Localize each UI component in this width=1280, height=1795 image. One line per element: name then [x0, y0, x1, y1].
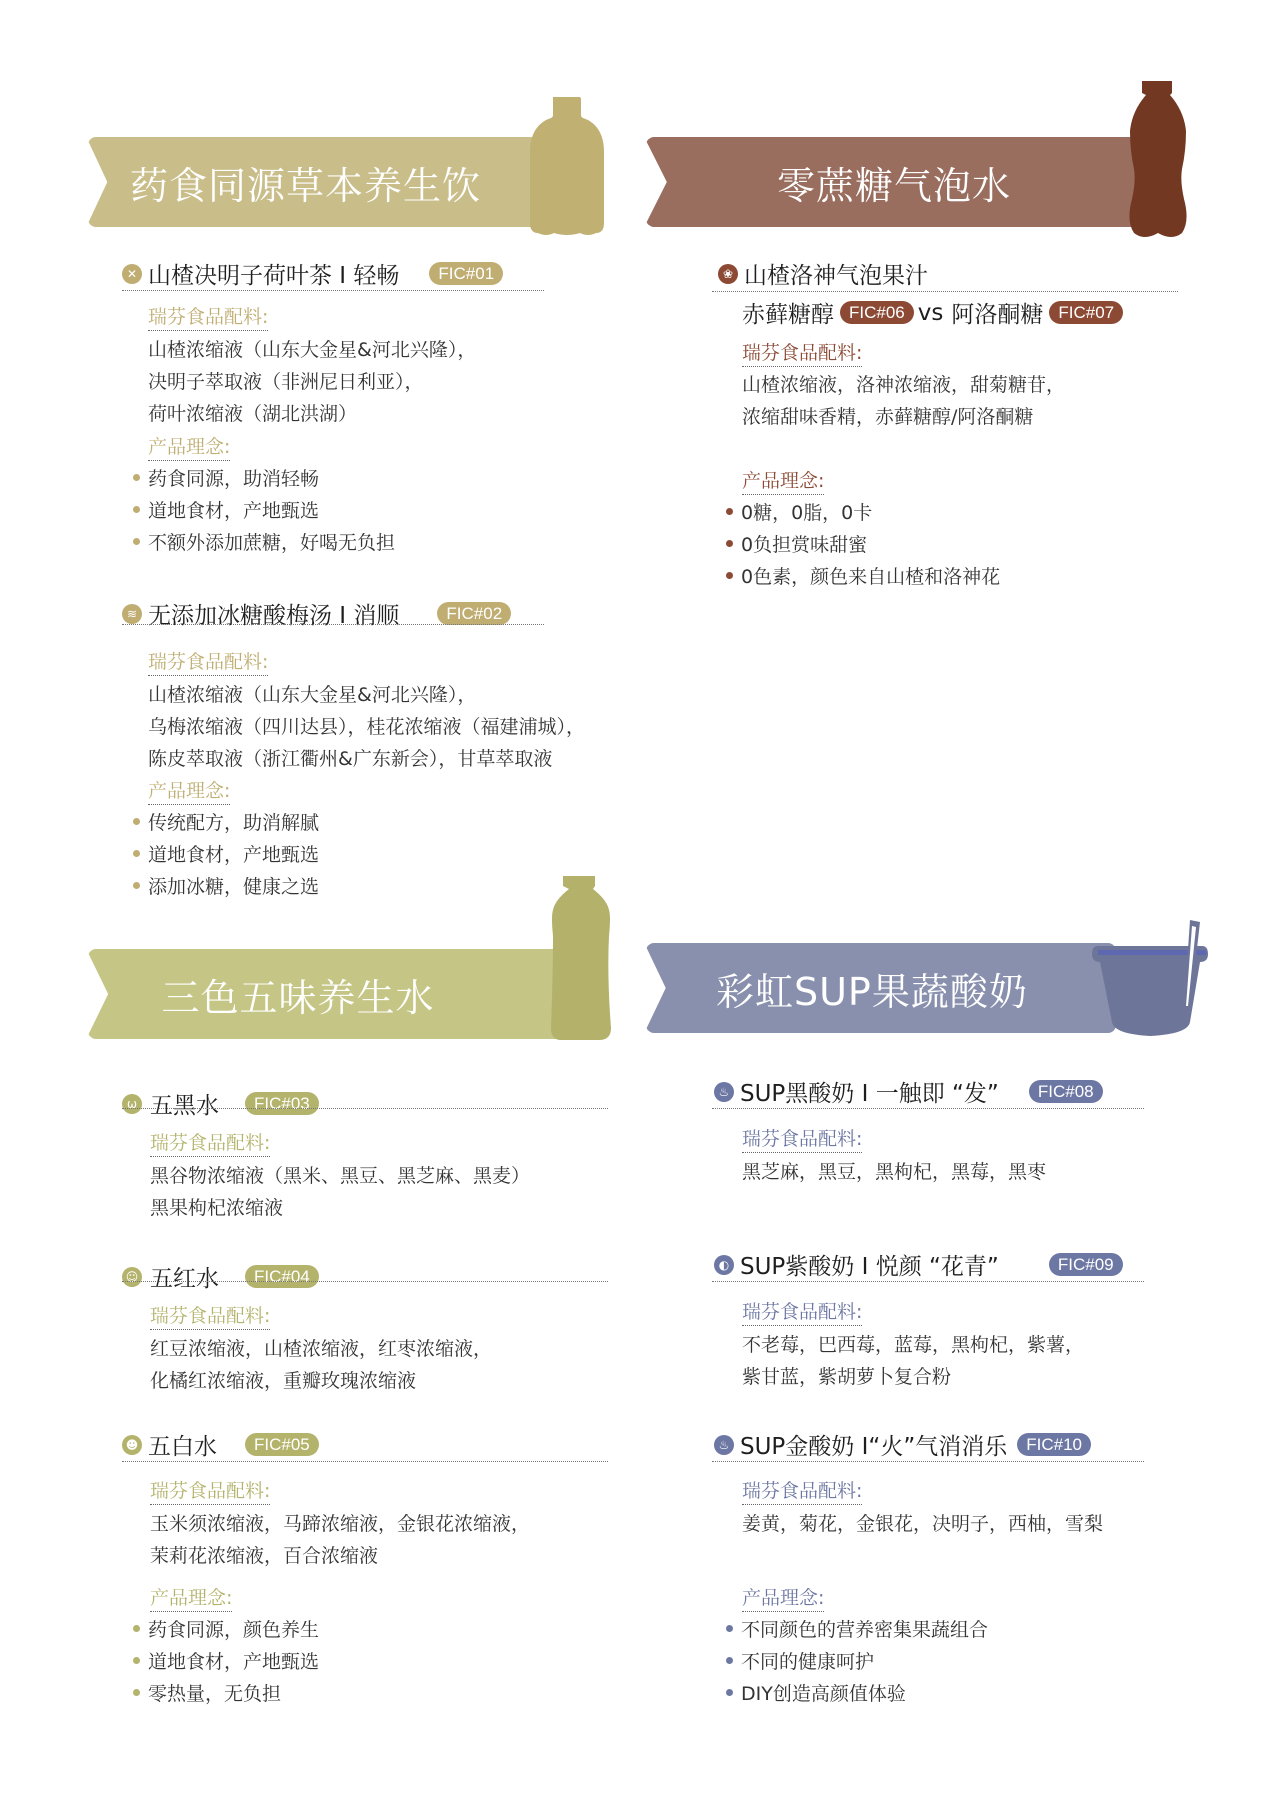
product-heading: ω 五黑水 FIC#03	[122, 1087, 319, 1120]
flame-icon: ♨	[714, 1435, 734, 1455]
concept-item: 道地食材，产地甄选	[133, 496, 319, 523]
cup-icon	[1090, 918, 1220, 1040]
product-name: 山楂决明子荷叶茶 I 轻畅	[148, 257, 399, 290]
concept-item: 添加冰糖，健康之选	[133, 872, 319, 899]
divider	[712, 1281, 1144, 1282]
product-heading: ❀ 山楂洛神气泡果汁	[718, 257, 928, 290]
concept-item: 药食同源，助消轻畅	[133, 464, 319, 491]
fic-badge: FIC#08	[1029, 1080, 1103, 1103]
sweetener-a: 赤藓糖醇	[742, 296, 834, 329]
ingredients-label: 瑞芬食品配料:	[742, 1124, 862, 1153]
product-name: 无添加冰糖酸梅汤 I 消顺	[148, 597, 399, 630]
concept-item: 0糖，0脂，0卡	[726, 498, 872, 525]
ingredients-label: 瑞芬食品配料:	[742, 338, 862, 367]
lotus-icon: ❀	[718, 264, 738, 284]
sparkling-section-banner: 零蔗糖气泡水	[646, 137, 1142, 227]
bottle-icon	[549, 876, 613, 1042]
fic-badge: FIC#07	[1049, 301, 1123, 324]
herbal-section-banner: 药食同源草本养生饮	[88, 137, 548, 227]
kidney-icon: ω	[122, 1094, 142, 1114]
ingredient-line: 陈皮萃取液（浙江衢州&广东新会），甘草萃取液	[148, 744, 552, 771]
divider	[122, 1281, 608, 1282]
divider	[122, 290, 544, 291]
fic-badge: FIC#06	[840, 301, 914, 324]
divider	[122, 1108, 608, 1109]
concept-item: 0色素，颜色来自山楂和洛神花	[726, 562, 1000, 589]
concept-item: 药食同源，颜色养生	[133, 1615, 319, 1642]
concept-label: 产品理念:	[742, 466, 824, 495]
concept-item: 零热量，无负担	[133, 1679, 281, 1706]
product-name: 五白水	[148, 1428, 217, 1461]
ingredients-label: 瑞芬食品配料:	[742, 1476, 862, 1505]
bottle-icon	[1128, 81, 1188, 241]
sweetener-b: 阿洛酮糖	[951, 296, 1043, 329]
sparkling-section-title: 零蔗糖气泡水	[777, 155, 1011, 210]
ingredient-line: 黑果枸杞浓缩液	[150, 1193, 283, 1220]
concept-label: 产品理念:	[148, 776, 230, 805]
ingredient-line: 红豆浓缩液，山楂浓缩液，红枣浓缩液，	[150, 1334, 492, 1361]
ingredient-line: 玉米须浓缩液，马蹄浓缩液，金银花浓缩液，	[150, 1509, 530, 1536]
fic-badge: FIC#10	[1017, 1433, 1091, 1456]
yogurt-section-banner: 彩虹SUP果蔬酸奶	[646, 943, 1116, 1033]
product-name: SUP金酸奶 I“火”气消消乐	[740, 1428, 1007, 1461]
fic-badge: FIC#05	[245, 1433, 319, 1456]
product-name: 五黑水	[150, 1087, 219, 1120]
product-name: SUP紫酸奶 I 悦颜 “花青”	[740, 1248, 999, 1281]
product-heading: ◐ SUP紫酸奶 I 悦颜 “花青” FIC#09	[714, 1248, 1123, 1281]
divider	[122, 1461, 608, 1462]
concept-item: 道地食材，产地甄选	[133, 1647, 319, 1674]
product-heading: ♨ SUP黑酸奶 I 一触即 “发” FIC#08	[714, 1075, 1103, 1108]
hair-icon: ♨	[714, 1082, 734, 1102]
concept-item: 道地食材，产地甄选	[133, 840, 319, 867]
ingredient-line: 荷叶浓缩液（湖北洪湖）	[148, 399, 357, 426]
concept-item: 不同的健康呵护	[726, 1647, 874, 1674]
concept-item: 0负担赏味甜蜜	[726, 530, 867, 557]
ingredient-line: 化橘红浓缩液，重瓣玫瑰浓缩液	[150, 1366, 416, 1393]
ingredient-line: 决明子萃取液（非洲尼日利亚），	[148, 367, 424, 394]
mask-icon: ☻	[122, 1435, 142, 1455]
ingredients-label: 瑞芬食品配料:	[148, 302, 268, 331]
fic-badge: FIC#09	[1049, 1253, 1123, 1276]
stomach-icon: ≋	[122, 604, 142, 624]
fic-badge: FIC#04	[245, 1265, 319, 1288]
fic-badge: FIC#03	[245, 1092, 319, 1115]
divider	[712, 1461, 1144, 1462]
divider	[712, 1108, 1144, 1109]
herbal-section-title: 药食同源草本养生饮	[130, 155, 481, 210]
ingredients-label: 瑞芬食品配料:	[150, 1301, 270, 1330]
concept-label: 产品理念:	[150, 1583, 232, 1612]
product-name: 五红水	[150, 1260, 219, 1293]
ingredient-line: 山楂浓缩液，洛神浓缩液，甜菊糖苷，	[742, 370, 1065, 397]
ingredients-label: 瑞芬食品配料:	[150, 1128, 270, 1157]
product-heading: ♨ SUP金酸奶 I“火”气消消乐 FIC#10	[714, 1428, 1091, 1461]
ingredient-line: 黑芝麻，黑豆，黑枸杞，黑莓，黑枣	[742, 1157, 1046, 1184]
concept-label: 产品理念:	[148, 432, 230, 461]
concept-item: 不同颜色的营养密集果蔬组合	[726, 1615, 988, 1642]
ingredient-line: 乌梅浓缩液（四川达县），桂花浓缩液（福建浦城），	[148, 712, 585, 739]
concept-label: 产品理念:	[742, 1583, 824, 1612]
ingredient-line: 茉莉花浓缩液，百合浓缩液	[150, 1541, 378, 1568]
sweetener-comparison: 赤藓糖醇 FIC#06 vs 阿洛酮糖 FIC#07	[742, 296, 1123, 329]
ingredient-line: 山楂浓缩液（山东大金星&河北兴隆），	[148, 335, 476, 362]
person-icon: ✕	[122, 264, 142, 284]
five-water-section-title: 三色五味养生水	[161, 967, 434, 1022]
divider	[122, 624, 544, 625]
product-heading: ≋ 无添加冰糖酸梅汤 I 消顺 FIC#02	[122, 597, 511, 630]
bottle-icon	[528, 97, 606, 237]
fic-badge: FIC#01	[429, 262, 503, 285]
product-name: SUP黑酸奶 I 一触即 “发”	[740, 1075, 999, 1108]
ingredient-line: 紫甘蓝，紫胡萝卜复合粉	[742, 1362, 951, 1389]
ingredient-line: 山楂浓缩液（山东大金星&河北兴隆），	[148, 680, 476, 707]
product-name: 山楂洛神气泡果汁	[744, 257, 928, 290]
product-heading: ☺ 五红水 FIC#04	[122, 1260, 319, 1293]
skin-icon: ◐	[714, 1255, 734, 1275]
ingredients-label: 瑞芬食品配料:	[150, 1476, 270, 1505]
five-water-section-banner: 三色五味养生水	[88, 949, 568, 1039]
fic-badge: FIC#02	[437, 602, 511, 625]
face-icon: ☺	[122, 1267, 142, 1287]
vs-text: vs	[918, 300, 944, 326]
ingredient-line: 黑谷物浓缩液（黑米、黑豆、黑芝麻、黑麦）	[150, 1161, 530, 1188]
product-heading: ☻ 五白水 FIC#05	[122, 1428, 319, 1461]
concept-item: 不额外添加蔗糖，好喝无负担	[133, 528, 395, 555]
ingredients-label: 瑞芬食品配料:	[148, 647, 268, 676]
concept-item: DIY创造高颜值体验	[726, 1679, 906, 1706]
yogurt-section-title: 彩虹SUP果蔬酸奶	[716, 961, 1028, 1016]
ingredient-line: 姜黄，菊花，金银花，决明子，西柚，雪梨	[742, 1509, 1103, 1536]
ingredient-line: 浓缩甜味香精，赤藓糖醇/阿洛酮糖	[742, 402, 1033, 429]
ingredient-line: 不老莓，巴西莓，蓝莓，黑枸杞，紫薯，	[742, 1330, 1084, 1357]
product-heading: ✕ 山楂决明子荷叶茶 I 轻畅 FIC#01	[122, 257, 503, 290]
concept-item: 传统配方，助消解腻	[133, 808, 319, 835]
divider	[712, 291, 1178, 292]
ingredients-label: 瑞芬食品配料:	[742, 1297, 862, 1326]
